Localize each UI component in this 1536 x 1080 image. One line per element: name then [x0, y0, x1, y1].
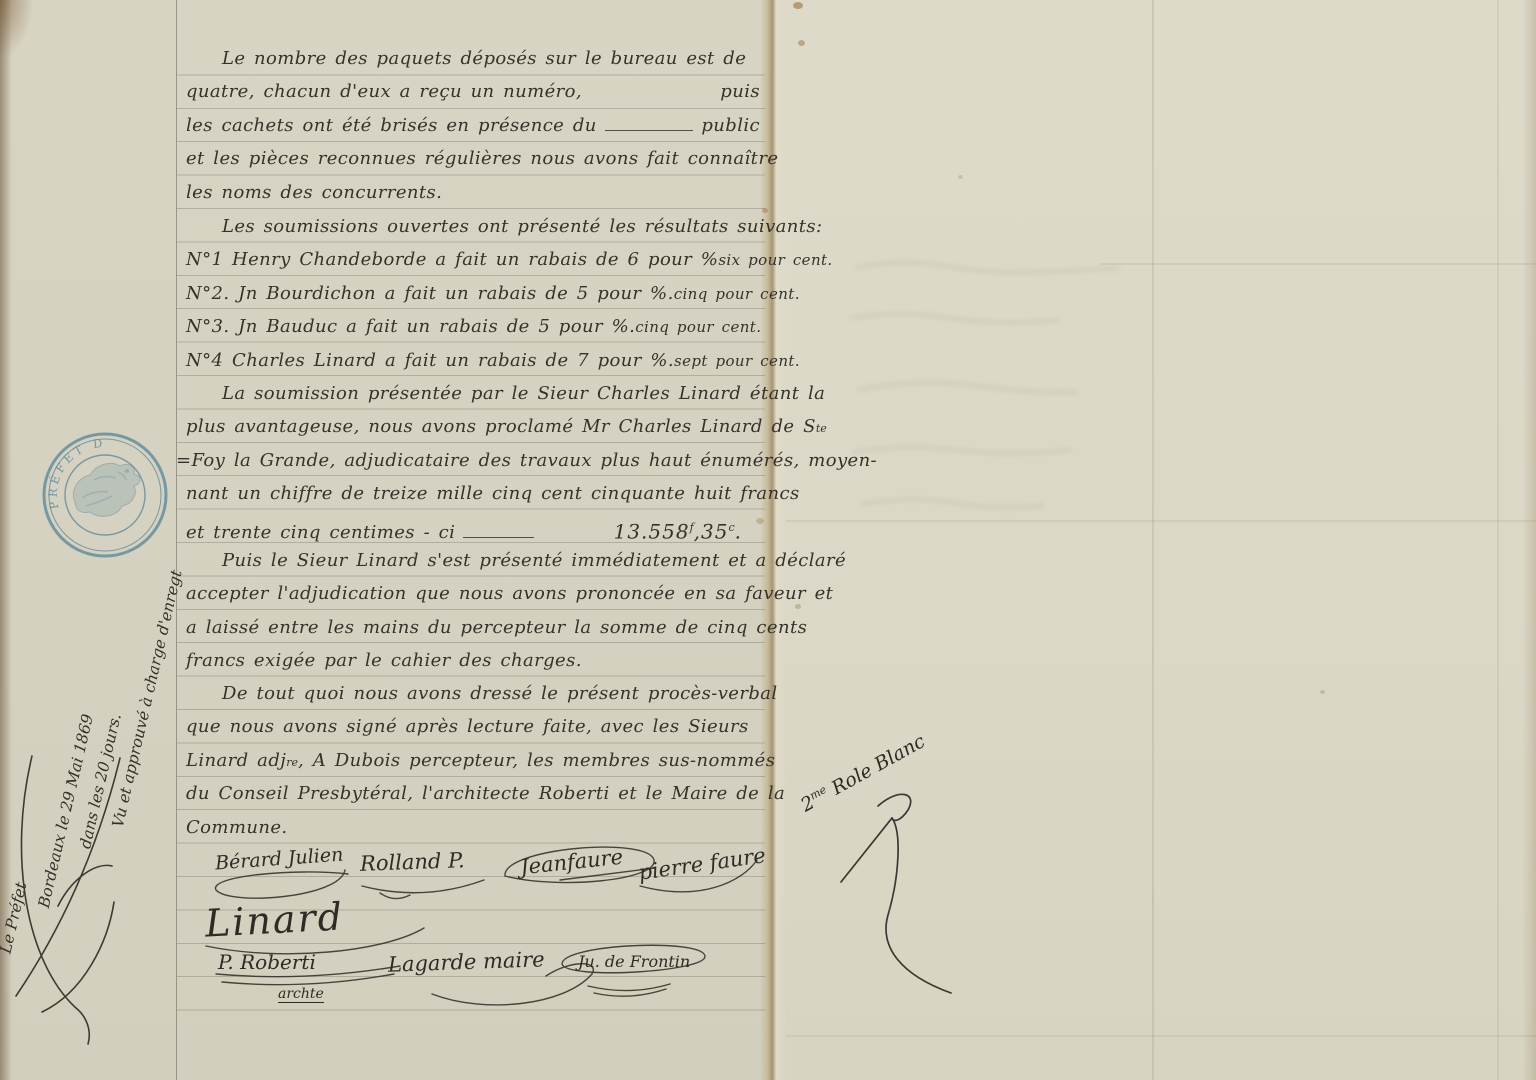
ms-text-line: et les pièces reconnues régulières nous …: [186, 142, 778, 175]
crease-horizontal: [786, 520, 1536, 522]
stain-speck: [762, 208, 768, 213]
ms-text-line: public: [701, 109, 760, 142]
signature-roberti-title: archte: [278, 986, 324, 1003]
bid-line: N°2. Jn Bourdichon a fait un rabais de 5…: [186, 277, 674, 310]
stain-speck: [793, 2, 803, 9]
paragraph-1: Le nombre des paquets déposés sur le bur…: [186, 42, 760, 209]
crease-vertical: [1152, 0, 1154, 1080]
total-amount: 13.558f,35c.: [614, 511, 742, 549]
paragraph-2-bids: Les soumissions ouvertes ont présenté le…: [186, 210, 760, 377]
signature-frontin: Ju. de Frontin: [578, 952, 690, 971]
ms-text-line: puis: [720, 75, 760, 108]
signature-roberti: P. Roberti: [218, 950, 316, 974]
ms-text-line: De tout quoi nous avons dressé le présen…: [222, 677, 778, 710]
stain-speck: [798, 40, 805, 46]
ms-text-line: Le nombre des paquets déposés sur le bur…: [222, 42, 746, 75]
prefecture-stamp: PRÉFET DE LA GIRONDE: [30, 420, 180, 570]
ms-text-line: Linard adj: [186, 744, 286, 777]
ms-text-line: , A Dubois percepteur, les membres sus-n…: [298, 744, 775, 777]
ms-text-line: Les soumissions ouvertes ont présenté le…: [222, 210, 823, 243]
ms-text-line: plus avantageuse, nous avons proclamé Mr…: [186, 410, 816, 443]
bid-amount-words: cinq pour cent.: [674, 278, 800, 311]
ms-text-line: francs exigée par le cahier des charges.: [186, 644, 582, 677]
ms-text-line: La soumission présentée par le Sieur Cha…: [222, 377, 825, 410]
bid-amount-words: sept pour cent.: [674, 345, 800, 378]
ms-text-line: a laissé entre les mains du percepteur l…: [186, 611, 807, 644]
stain-speck: [1320, 690, 1325, 694]
ms-text-line: Commune.: [186, 811, 288, 844]
stain-speck: [958, 175, 963, 179]
page-edge-right: [1522, 0, 1536, 1080]
signature-linard: Linard: [204, 894, 345, 945]
crease-horizontal: [1100, 263, 1536, 265]
ms-text-line: du Conseil Presbytéral, l'architecte Rob…: [186, 777, 785, 810]
ms-text-line: que nous avons signé après lecture faite…: [186, 710, 749, 743]
paragraph-5-closing: De tout quoi nous avons dressé le présen…: [186, 677, 760, 844]
stain-speck: [756, 518, 764, 524]
ms-text-line: quatre, chacun d'eux a reçu un numéro,: [186, 75, 582, 108]
bid-line: N°1 Henry Chandeborde a fait un rabais d…: [186, 243, 718, 276]
eagle-icon: [73, 463, 140, 516]
crease-horizontal: [786, 1035, 1536, 1037]
ms-text-line: les noms des concurrents.: [186, 176, 442, 209]
bid-amount-words: six pour cent.: [718, 244, 832, 277]
ms-text-line: =Foy la Grande, adjudicataire des travau…: [176, 444, 877, 477]
signature-rolland: Rolland P.: [360, 848, 465, 876]
bid-amount-words: cinq pour cent.: [635, 311, 761, 344]
paragraph-3-award: La soumission présentée par le Sieur Cha…: [186, 377, 760, 544]
page-right: [776, 0, 1536, 1080]
ms-text-line: les cachets ont été brisés en présence d…: [186, 109, 597, 142]
superscript: te: [816, 412, 827, 445]
paragraph-4: Puis le Sieur Linard s'est présenté immé…: [186, 544, 760, 678]
ink-fill-dash: [605, 130, 694, 131]
crease-vertical: [1497, 0, 1499, 1080]
bid-line: N°4 Charles Linard a fait un rabais de 7…: [186, 344, 674, 377]
ms-text-line: Puis le Sieur Linard s'est présenté immé…: [222, 544, 846, 577]
ink-fill-dash: [463, 537, 534, 538]
ms-text-line: accepter l'adjudication que nous avons p…: [186, 577, 833, 610]
bid-line: N°3. Jn Bauduc a fait un rabais de 5 pou…: [186, 310, 635, 343]
superscript: re: [286, 746, 298, 779]
ms-text-line: nant un chiffre de treize mille cinq cen…: [186, 477, 800, 510]
stain-speck: [795, 604, 801, 609]
manuscript-scan: Le nombre des paquets déposés sur le bur…: [0, 0, 1536, 1080]
